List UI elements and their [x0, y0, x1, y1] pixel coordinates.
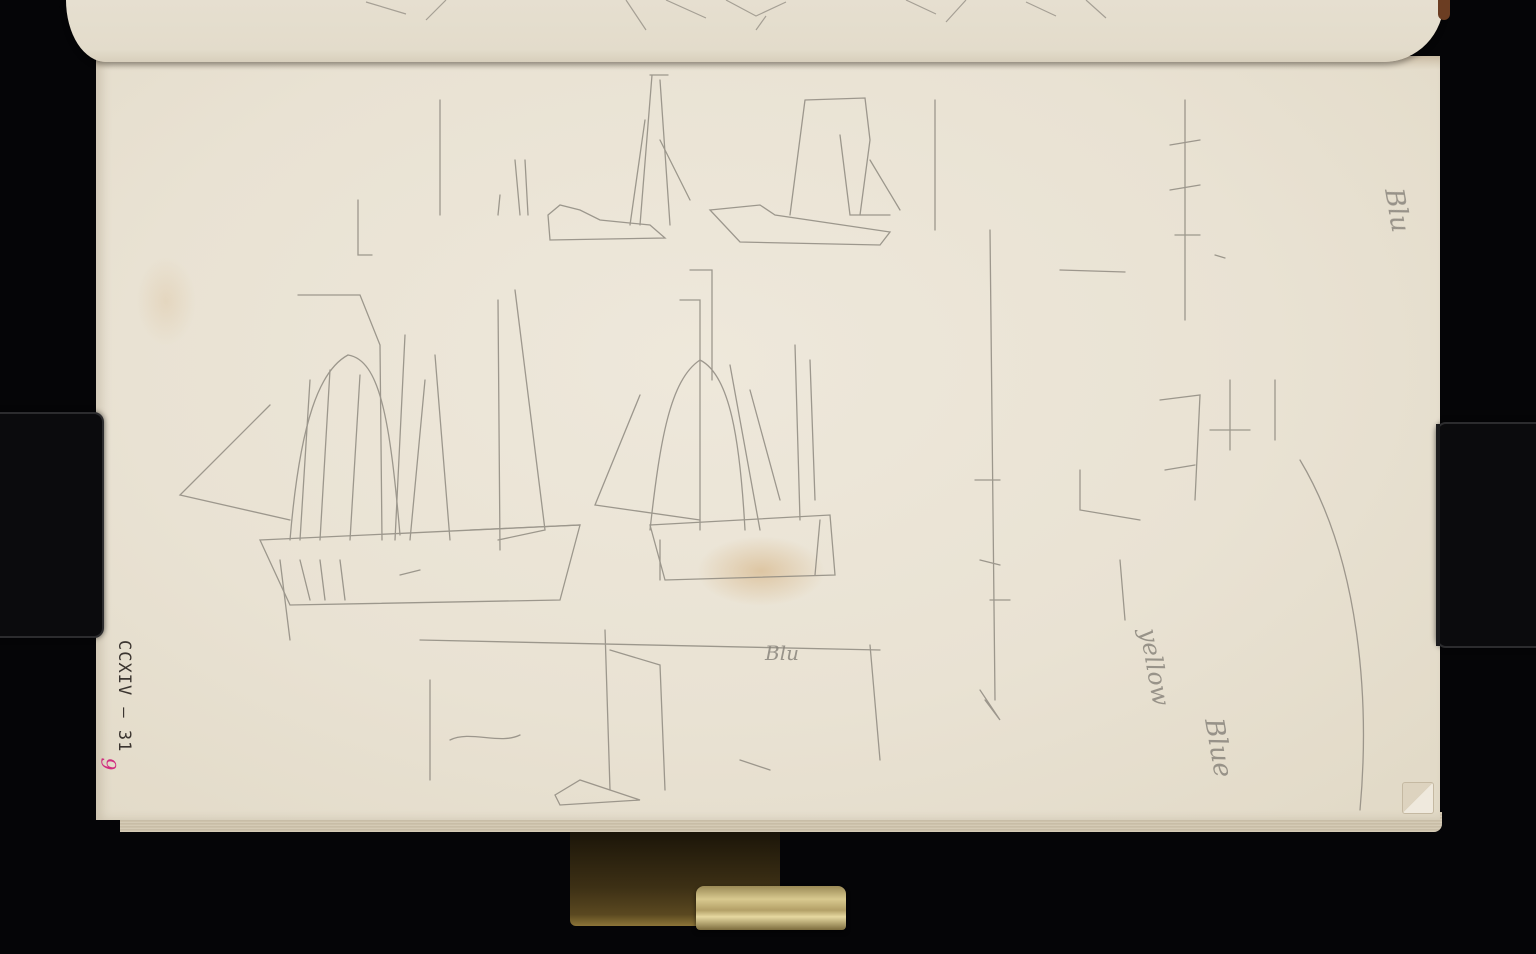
clip-edge — [1436, 424, 1440, 646]
black-clip-left — [0, 412, 104, 638]
previous-page-sketch-fragment — [66, 0, 1444, 62]
sketch-lower-group — [420, 630, 880, 805]
catalogue-mark: CCXIV — 31 — [114, 640, 134, 752]
sketch-middle-sailboat — [470, 290, 580, 550]
sketch-large-sailboat-left — [180, 200, 580, 640]
sketchbook-page: Blu Blu Blue yellow — [96, 56, 1440, 820]
inscription-right-column-2: yellow — [1134, 625, 1175, 708]
sketchbook-photo: Blu Blu Blue yellow CCXIV — 31 9 — [0, 0, 1536, 954]
pink-page-number: 9 — [96, 758, 120, 771]
previous-page-curl — [66, 0, 1444, 62]
brass-clasp — [696, 886, 846, 930]
black-clip-right — [1436, 422, 1536, 648]
inscription-top-right: Blu — [1378, 185, 1415, 235]
inscription-right-column-1: Blue — [1198, 715, 1238, 780]
inscription-lower-middle: Blu — [764, 641, 799, 665]
sketch-top-boats — [440, 75, 935, 245]
sketch-large-sailboat-right — [595, 270, 835, 580]
pencil-sketches: Blu Blu Blue yellow — [96, 56, 1440, 820]
